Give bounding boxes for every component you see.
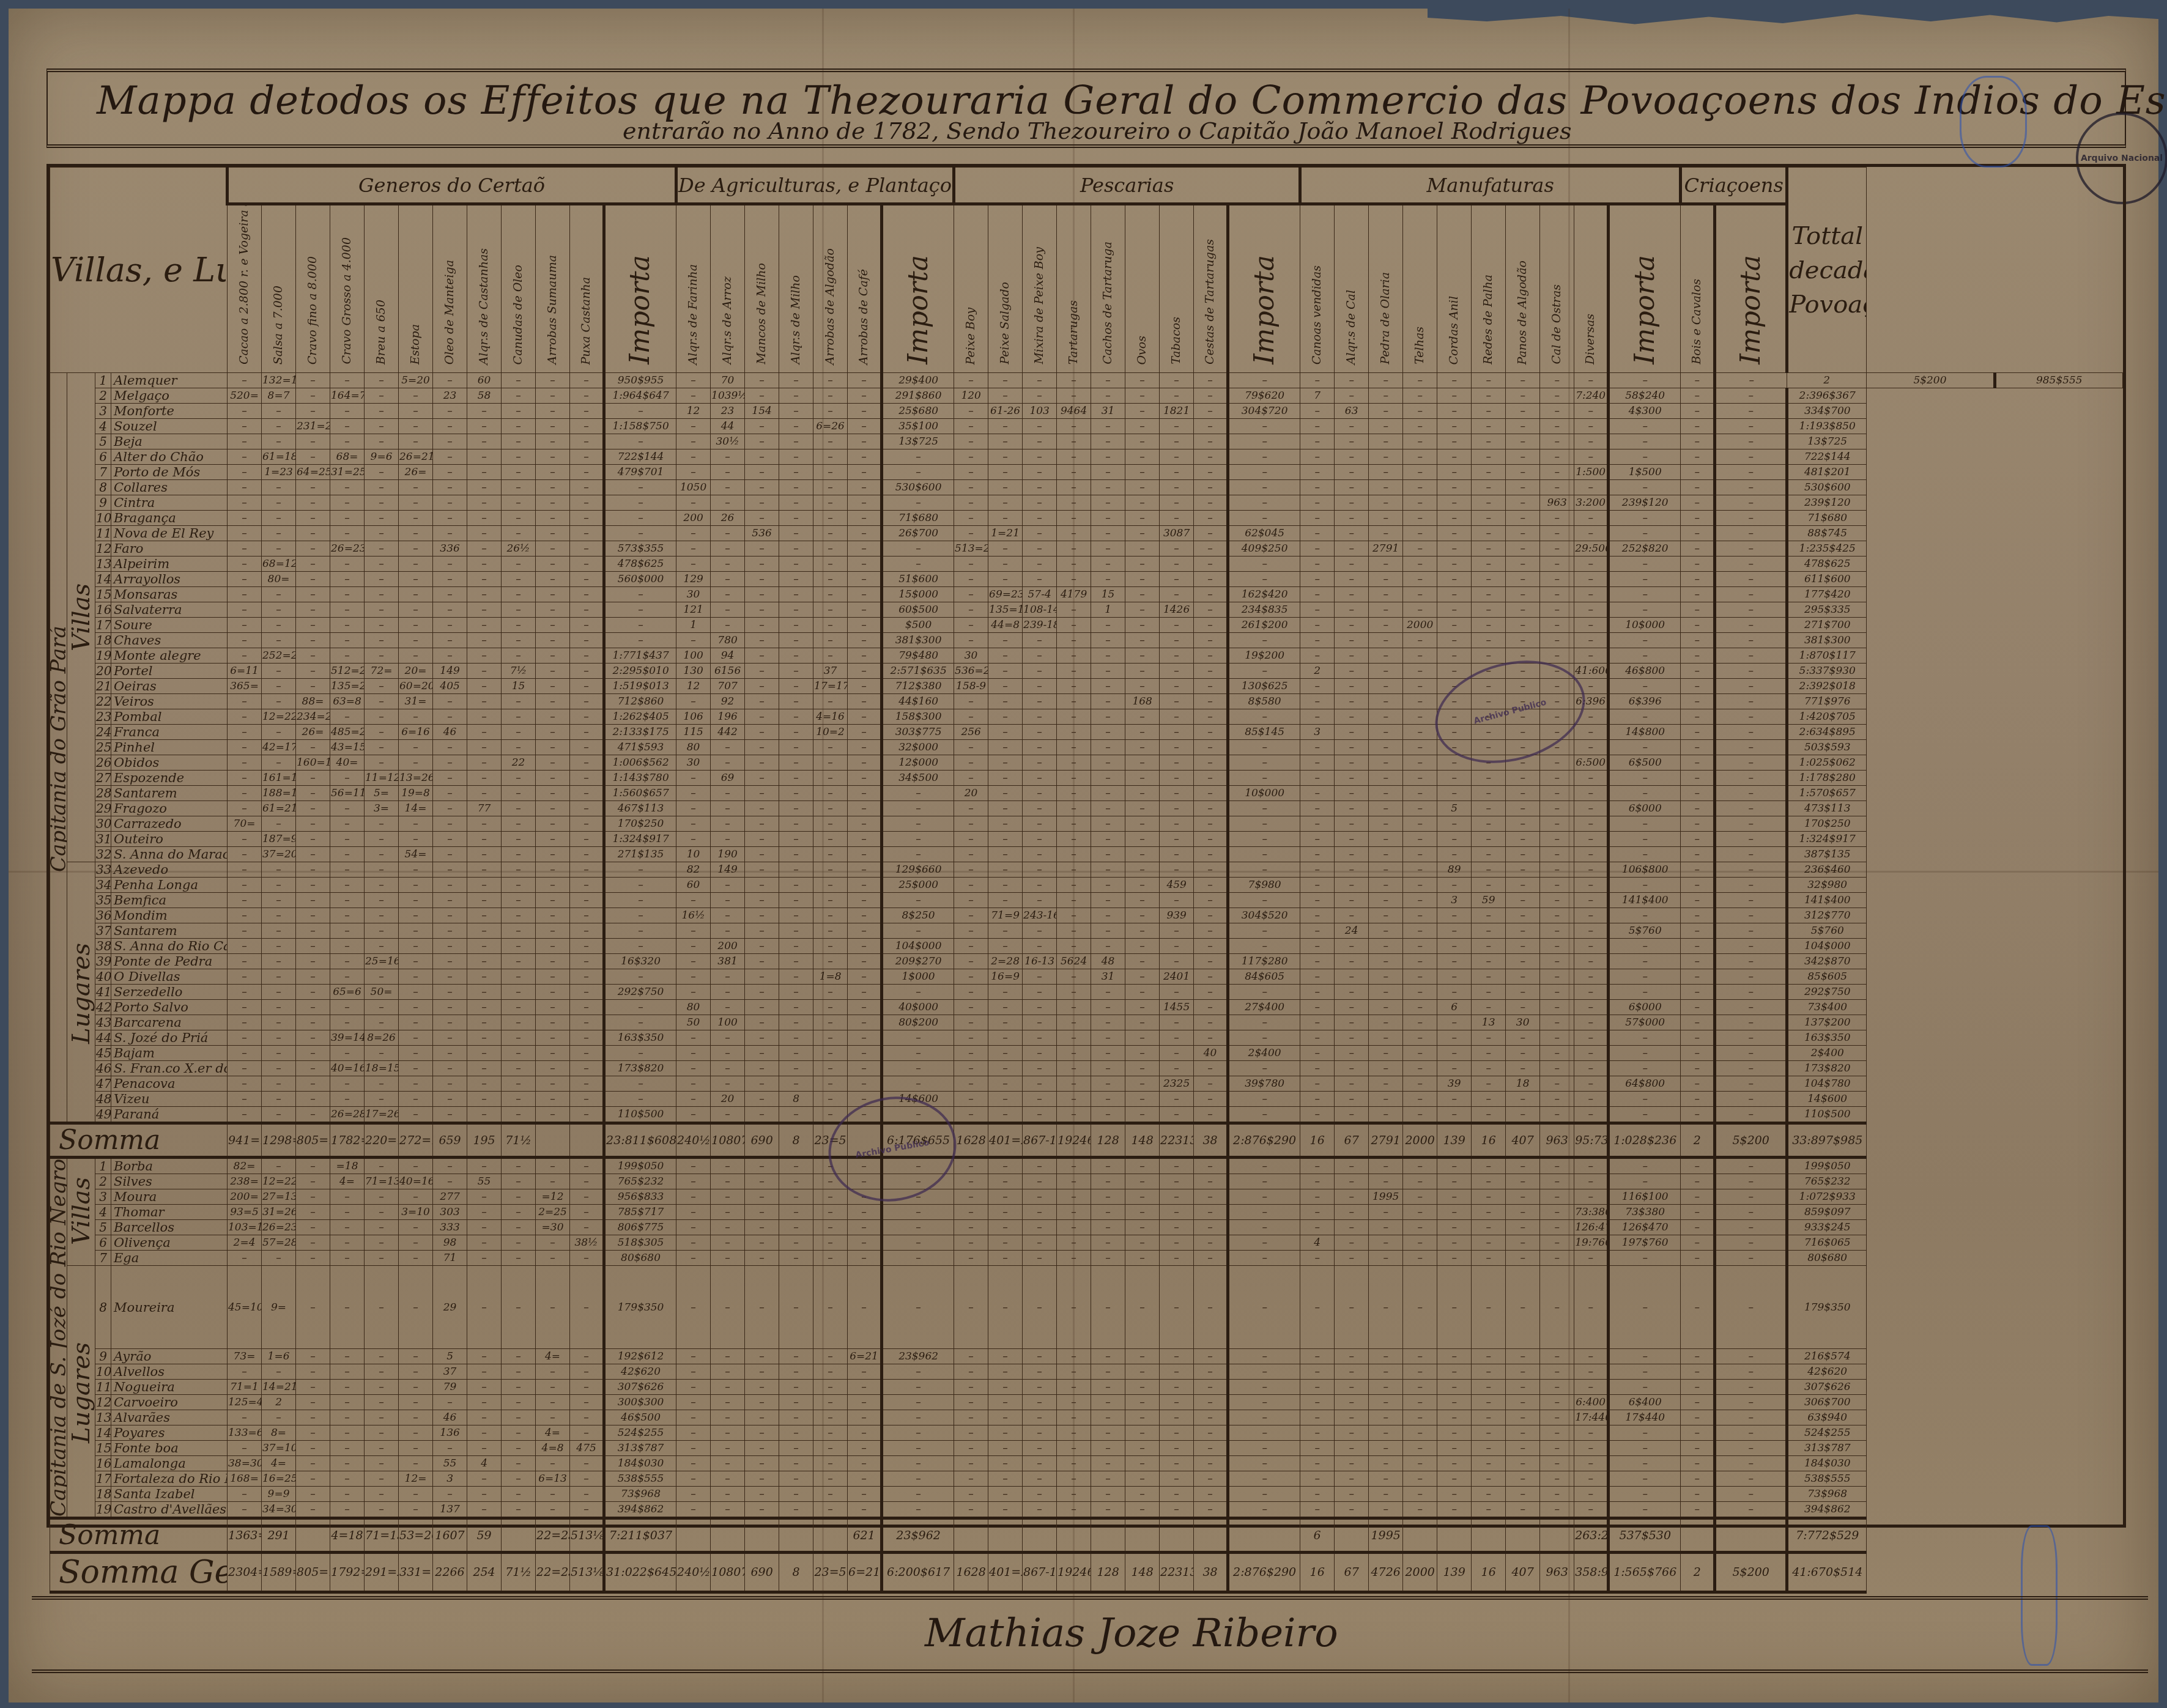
document-title: Mappa detodos os Effeitos que na Thezour… [97, 78, 2167, 124]
value-cell: – [813, 786, 848, 801]
value-cell: – [228, 465, 262, 480]
value-cell: 10$000 [1228, 786, 1300, 801]
column-header: Ovos [1125, 204, 1160, 373]
value-cell: – [1369, 679, 1403, 694]
value-cell: – [365, 511, 399, 526]
value-cell: – [467, 1380, 502, 1395]
value-cell: – [296, 587, 330, 602]
value-cell: – [330, 1471, 365, 1487]
value-cell: – [433, 434, 467, 449]
value-cell: – [1125, 465, 1160, 480]
value-cell: – [1023, 694, 1057, 709]
value-cell: – [711, 908, 745, 923]
sum-cell: 805=18 [296, 1553, 330, 1592]
sum-cell: 2000 [1403, 1123, 1437, 1158]
value-cell: – [1091, 908, 1125, 923]
value-cell: – [1715, 1456, 1787, 1471]
value-cell: – [1091, 1487, 1125, 1502]
value-cell: – [848, 1380, 882, 1395]
value-cell: – [1369, 694, 1403, 709]
value-cell: – [1228, 1395, 1300, 1410]
value-cell: – [570, 1410, 604, 1425]
value-cell: – [365, 587, 399, 602]
value-cell: – [1540, 908, 1574, 923]
place-name: Castro d'Avellães [111, 1502, 228, 1518]
value-cell: – [1125, 495, 1160, 511]
value-cell: – [1403, 1441, 1437, 1456]
table-row: 21Oeiras365=––135=25–60=20405–15––1:519$… [50, 679, 2123, 694]
value-cell: – [1125, 1410, 1160, 1425]
value-cell: – [813, 633, 848, 648]
value-cell: 722$144 [604, 449, 676, 465]
value-cell: – [711, 1174, 745, 1189]
value-cell: – [848, 908, 882, 923]
value-cell: – [745, 1205, 779, 1220]
value-cell: – [1540, 434, 1574, 449]
value-cell: – [1057, 1046, 1091, 1061]
value-cell: 168= [228, 1471, 262, 1487]
value-cell: – [467, 633, 502, 648]
value-cell: – [1715, 572, 1787, 587]
value-cell: – [745, 816, 779, 832]
value-cell: 4=8 [536, 1441, 570, 1456]
value-cell: – [779, 495, 813, 511]
value-cell: – [502, 923, 536, 939]
value-cell: 160=10 [296, 755, 330, 771]
value-cell: 6=21 [848, 1349, 882, 1364]
value-cell: – [1091, 572, 1125, 587]
value-cell: – [1715, 954, 1787, 969]
value-cell: – [1160, 755, 1194, 771]
value-cell: – [1369, 893, 1403, 908]
value-cell: – [536, 541, 570, 556]
value-cell: – [954, 847, 988, 862]
value-cell: – [1160, 1174, 1194, 1189]
place-name: Faro [111, 541, 228, 556]
value-cell: – [848, 480, 882, 495]
value-cell: 50= [365, 985, 399, 1000]
value-cell: – [1125, 1015, 1160, 1030]
value-cell: – [262, 725, 296, 740]
value-cell: – [813, 1015, 848, 1030]
value-cell: – [1194, 465, 1228, 480]
value-cell: – [296, 771, 330, 786]
value-cell: – [1023, 1076, 1057, 1092]
value-cell: – [848, 404, 882, 419]
row-number: 2 [95, 388, 111, 404]
place-name: Porto Salvo [111, 1000, 228, 1015]
row-number: 40 [95, 969, 111, 985]
value-cell: – [570, 572, 604, 587]
value-cell: – [988, 1092, 1023, 1107]
place-name: Nogueira [111, 1380, 228, 1395]
value-cell: – [1403, 1425, 1437, 1441]
value-cell: – [1681, 1092, 1715, 1107]
column-header: Arrobas de Café [848, 204, 882, 373]
value-cell: – [1057, 526, 1091, 541]
value-cell: – [1335, 908, 1369, 923]
value-cell: 252=2 [262, 648, 296, 664]
value-cell: – [1540, 771, 1574, 786]
value-cell: – [1194, 618, 1228, 633]
row-number: 7 [95, 1251, 111, 1266]
value-cell: – [1609, 648, 1681, 664]
value-cell: 20 [954, 786, 988, 801]
value-cell: – [502, 511, 536, 526]
row-total: 199$050 [1787, 1158, 1867, 1174]
value-cell: – [467, 755, 502, 771]
value-cell: 520= [228, 388, 262, 404]
value-cell: – [1023, 1015, 1057, 1030]
value-cell: – [330, 771, 365, 786]
value-cell: – [1506, 786, 1540, 801]
value-cell: – [502, 587, 536, 602]
value-cell: – [1125, 740, 1160, 755]
value-cell: – [228, 1107, 262, 1123]
value-cell: – [1403, 969, 1437, 985]
value-cell: – [813, 1189, 848, 1205]
value-cell: 6:500 [1574, 755, 1609, 771]
value-cell: – [1715, 771, 1787, 786]
value-cell: – [1160, 679, 1194, 694]
value-cell: – [1160, 1235, 1194, 1251]
value-cell: – [1437, 602, 1472, 618]
value-cell: – [262, 1000, 296, 1015]
value-cell: – [502, 878, 536, 893]
value-cell: – [570, 1000, 604, 1015]
value-cell: – [536, 480, 570, 495]
value-cell: 442 [711, 725, 745, 740]
value-cell: – [848, 495, 882, 511]
value-cell: – [1194, 373, 1228, 388]
value-cell: – [988, 816, 1023, 832]
value-cell: – [467, 908, 502, 923]
value-cell: 4= [330, 1174, 365, 1189]
value-cell: 162$420 [1228, 587, 1300, 602]
value-cell: – [502, 832, 536, 847]
value-cell: 780 [711, 633, 745, 648]
value-cell: – [813, 893, 848, 908]
value-cell: =30 [536, 1220, 570, 1235]
value-cell: – [779, 556, 813, 572]
value-cell: – [1194, 587, 1228, 602]
value-cell: – [1574, 1000, 1609, 1015]
value-cell: – [1091, 664, 1125, 679]
value-cell: – [467, 1425, 502, 1441]
value-cell: – [1681, 847, 1715, 862]
value-cell: – [1437, 1251, 1472, 1266]
value-cell: – [1023, 1107, 1057, 1123]
row-number: 27 [95, 771, 111, 786]
value-cell: – [1125, 954, 1160, 969]
row-number: 49 [95, 1107, 111, 1123]
value-cell: – [570, 664, 604, 679]
value-cell: 14=21 [262, 1380, 296, 1395]
value-cell: 46$800 [1609, 664, 1681, 679]
value-cell: – [1335, 1076, 1369, 1092]
sum-total: 7:772$529 [1787, 1518, 1867, 1553]
value-cell: – [1023, 388, 1057, 404]
value-cell: 58$240 [1609, 388, 1681, 404]
value-cell: – [1403, 449, 1437, 465]
value-cell: – [1472, 985, 1506, 1000]
value-cell: – [848, 1015, 882, 1030]
value-cell: 1:500 [1574, 465, 1609, 480]
value-cell: – [1023, 1235, 1057, 1251]
value-cell: – [1228, 1189, 1300, 1205]
value-cell: – [1681, 878, 1715, 893]
value-cell: – [1335, 419, 1369, 434]
value-cell: 939 [1160, 908, 1194, 923]
place-name: S. Anna do Maracá [111, 847, 228, 862]
value-cell: – [1228, 755, 1300, 771]
column-header: Oleo de Manteiga [433, 204, 467, 373]
value-cell: – [1228, 1107, 1300, 1123]
value-cell: – [330, 1502, 365, 1518]
value-cell: – [1540, 1030, 1574, 1046]
row-total: 73$400 [1787, 1000, 1867, 1015]
value-cell: – [502, 908, 536, 923]
value-cell: – [1437, 1364, 1472, 1380]
value-cell: – [1300, 985, 1335, 1000]
value-cell: – [745, 1410, 779, 1425]
value-cell: – [1369, 878, 1403, 893]
value-cell: – [467, 786, 502, 801]
value-cell: – [988, 1487, 1023, 1502]
value-cell: – [365, 373, 399, 388]
place-name: Arrayollos [111, 572, 228, 587]
value-cell: – [1403, 373, 1437, 388]
row-total: 141$400 [1787, 893, 1867, 908]
value-cell: – [502, 954, 536, 969]
value-cell: 304$520 [1228, 908, 1300, 923]
value-cell: – [1681, 786, 1715, 801]
value-cell: – [1506, 449, 1540, 465]
value-cell: – [1125, 1189, 1160, 1205]
value-cell: – [882, 893, 954, 908]
value-cell: – [296, 541, 330, 556]
table-row: 2Silves238=12=22–4=71=1340=16–55–––765$2… [50, 1174, 2123, 1189]
value-cell: – [228, 1030, 262, 1046]
table-row: 19Castro d'Avellães–34=30––––137––––394$… [50, 1502, 2123, 1518]
value-cell: – [365, 1189, 399, 1205]
value-cell: – [467, 725, 502, 740]
sum-cell: 6=21 [848, 1553, 882, 1592]
value-cell: – [1472, 1205, 1506, 1220]
value-cell: – [1160, 923, 1194, 939]
value-cell: – [1369, 1174, 1403, 1189]
value-cell: 60$500 [882, 602, 954, 618]
value-cell: – [399, 495, 433, 511]
value-cell: 31 [1091, 404, 1125, 419]
value-cell: – [1609, 1380, 1681, 1395]
value-cell: – [1472, 908, 1506, 923]
value-cell: – [745, 1174, 779, 1189]
value-cell: – [1540, 1046, 1574, 1061]
row-number: 28 [95, 786, 111, 801]
value-cell: – [570, 985, 604, 1000]
value-cell: – [1057, 465, 1091, 480]
value-cell: – [1300, 1410, 1335, 1425]
value-cell: – [779, 725, 813, 740]
value-cell: – [1472, 832, 1506, 847]
value-cell: 15 [502, 679, 536, 694]
sum-cell: 659 [433, 1123, 467, 1158]
value-cell: – [228, 1015, 262, 1030]
value-cell: – [1300, 1220, 1335, 1235]
value-cell: – [1300, 511, 1335, 526]
table-row: 4Thomar93=531=26–––3=10303––2=25–785$717… [50, 1205, 2123, 1220]
value-cell: – [1160, 1425, 1194, 1441]
value-cell: – [1715, 465, 1787, 480]
value-cell: – [1194, 480, 1228, 495]
value-cell: – [1300, 1425, 1335, 1441]
value-cell: – [1369, 1471, 1403, 1487]
value-cell: – [296, 1000, 330, 1015]
value-cell: – [399, 832, 433, 847]
value-cell: – [954, 694, 988, 709]
row-number: 4 [95, 419, 111, 434]
value-cell: – [467, 587, 502, 602]
value-cell: 62$045 [1228, 526, 1300, 541]
value-cell: 55 [433, 1456, 467, 1471]
value-cell: – [1609, 1251, 1681, 1266]
value-cell: 37 [433, 1364, 467, 1380]
row-number: 26 [95, 755, 111, 771]
value-cell: – [467, 1487, 502, 1502]
table-row: 22Veiros––88=63=8–31=–––––712$860–92––––… [50, 694, 2123, 709]
value-cell: – [1300, 526, 1335, 541]
row-number: 17 [95, 1471, 111, 1487]
value-cell: 63=8 [330, 694, 365, 709]
value-cell: – [1369, 1000, 1403, 1015]
sum-cell: 19246 [1057, 1553, 1091, 1592]
value-cell: – [502, 1000, 536, 1015]
value-cell: – [745, 449, 779, 465]
value-cell: 17=17 [813, 679, 848, 694]
value-cell: – [1335, 893, 1369, 908]
value-cell: – [1715, 1030, 1787, 1046]
value-cell: – [1540, 1189, 1574, 1205]
value-cell: – [365, 755, 399, 771]
value-cell: – [296, 434, 330, 449]
value-cell: – [467, 1046, 502, 1061]
value-cell: – [1160, 664, 1194, 679]
value-cell: – [467, 679, 502, 694]
value-cell: – [1125, 1456, 1160, 1471]
value-cell: – [433, 1030, 467, 1046]
value-cell: – [1091, 923, 1125, 939]
value-cell: – [1506, 1380, 1540, 1395]
value-cell: 381 [711, 954, 745, 969]
value-cell: – [296, 648, 330, 664]
value-cell: – [1506, 480, 1540, 495]
value-cell: – [1540, 480, 1574, 495]
value-cell: – [1681, 1158, 1715, 1174]
value-cell: – [296, 1092, 330, 1107]
value-cell: – [433, 556, 467, 572]
value-cell: – [988, 1380, 1023, 1395]
value-cell: – [711, 832, 745, 847]
value-cell: – [711, 985, 745, 1000]
value-cell: 17=26 [365, 1107, 399, 1123]
value-cell: – [570, 495, 604, 511]
value-cell: 34=30 [262, 1502, 296, 1518]
value-cell: 239-18 [1023, 618, 1057, 633]
value-cell: – [570, 511, 604, 526]
value-cell: – [1160, 1189, 1194, 1205]
value-cell: – [745, 1251, 779, 1266]
value-cell: 68=12 [262, 556, 296, 572]
value-cell: – [779, 1349, 813, 1364]
value-cell: – [570, 1046, 604, 1061]
value-cell: – [676, 1380, 711, 1395]
sum-cell: 128 [1091, 1553, 1125, 1592]
row-number: 7 [95, 465, 111, 480]
value-cell: – [1369, 1158, 1403, 1174]
value-cell: – [365, 740, 399, 755]
value-cell: – [745, 893, 779, 908]
value-cell: – [1125, 1364, 1160, 1380]
sum-cell: 690 [745, 1553, 779, 1592]
value-cell: 154 [745, 404, 779, 419]
value-cell: – [813, 449, 848, 465]
value-cell: – [745, 725, 779, 740]
value-cell: – [433, 1395, 467, 1410]
place-name: Silves [111, 1174, 228, 1189]
value-cell: – [1194, 1076, 1228, 1092]
value-cell: – [536, 388, 570, 404]
value-cell: – [1194, 862, 1228, 878]
value-cell: – [365, 602, 399, 618]
value-cell: – [1609, 449, 1681, 465]
value-cell: 187=9 [262, 832, 296, 847]
row-number: 32 [95, 847, 111, 862]
value-cell: – [1574, 832, 1609, 847]
value-cell: 10 [676, 847, 711, 862]
row-total: 170$250 [1787, 816, 1867, 832]
value-cell: – [779, 434, 813, 449]
value-cell: – [1057, 1205, 1091, 1220]
value-cell: – [1369, 1205, 1403, 1220]
value-cell: – [228, 969, 262, 985]
value-cell: – [988, 923, 1023, 939]
value-cell: 30 [676, 755, 711, 771]
value-cell: – [813, 1000, 848, 1015]
value-cell: – [711, 1220, 745, 1235]
value-cell: – [536, 1107, 570, 1123]
value-cell: – [882, 1502, 954, 1518]
value-cell: 26$700 [882, 526, 954, 541]
value-cell: – [467, 1107, 502, 1123]
value-cell: – [1023, 1441, 1057, 1456]
value-cell: – [1023, 1364, 1057, 1380]
sum-cell: 16 [1472, 1123, 1506, 1158]
value-cell: – [604, 633, 676, 648]
value-cell: – [262, 526, 296, 541]
value-cell: – [228, 587, 262, 602]
value-cell: 30 [954, 648, 988, 664]
value-cell: – [1403, 495, 1437, 511]
value-cell: – [296, 1220, 330, 1235]
value-cell: – [745, 985, 779, 1000]
value-cell: – [1403, 923, 1437, 939]
value-cell: – [1335, 954, 1369, 969]
value-cell: 59 [1472, 893, 1506, 908]
value-cell: 2:571$635 [882, 664, 954, 679]
value-cell: – [1125, 419, 1160, 434]
value-cell: – [467, 449, 502, 465]
